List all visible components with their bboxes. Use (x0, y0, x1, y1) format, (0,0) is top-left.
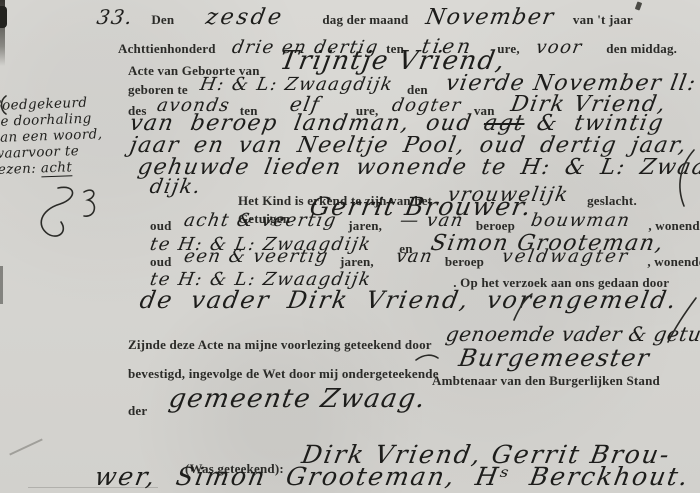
signature-names-2: wer, Simon Grooteman, Hˢ Berckhout. (93, 464, 692, 490)
printed-dag-der-maand: dag der maand (322, 13, 408, 27)
entry-municipality: gemeente Zwaag. (167, 386, 429, 413)
act-number: 33. (95, 7, 135, 28)
printed-oud: oud (150, 219, 172, 233)
entry-van-2: van (394, 248, 434, 267)
printed-jaren-2: jaren, (340, 255, 374, 269)
margin-lezen: lezen: (0, 161, 36, 178)
entry-witness2-occupation: veldwagter (500, 248, 631, 267)
entry-voor: voor (534, 39, 584, 58)
flourish-tail-right (668, 148, 698, 208)
margin-approval-note: Goedgekeurd de doorhaling van een woord,… (0, 94, 111, 178)
printed-den: Den (151, 13, 174, 27)
margin-note-line: lezen: acht (0, 158, 111, 178)
entry-month: November (424, 6, 557, 29)
header-line-1: 33. Den zesde dag der maand November van… (97, 6, 633, 29)
printed-zijnde-acte: Zijnde deze Acte na mijne voorlezing get… (128, 338, 432, 352)
residence-line-2: dijk. (150, 176, 201, 198)
entry-witness2-age: een & veertig (182, 248, 330, 267)
printed-der: der (128, 404, 147, 418)
pencil-mark (9, 438, 42, 455)
entry-father-occupation: van beroep landman, oud (128, 112, 474, 135)
mother-line: jaar en van Neeltje Pool, oud dertig jaa… (130, 134, 687, 157)
entry-struck-word: agt (482, 112, 527, 135)
entry-residence-cont: dijk. (148, 176, 203, 197)
entry-van-1: — van (398, 212, 465, 231)
municipality-line: der gemeente Zwaag. (128, 386, 426, 413)
registrar-line: Ambtenaar van den Burgerlijken Stand (432, 373, 660, 390)
birth-certificate-page: 33. Den zesde dag der maand November van… (0, 0, 700, 493)
printed-bevestigd: bevestigd, ingevolge de Wet door mij ond… (128, 367, 439, 381)
declarant-line: de vader Dirk Vriend, vorengemeld. (140, 288, 677, 313)
entry-witness1-age: acht & veertig (182, 212, 338, 231)
entry-mother-details: jaar en van Neeltje Pool, oud dertig jaa… (128, 134, 689, 157)
residence-line: gehuwde lieden wonende te H: & L: Zwaag. (138, 156, 700, 179)
entry-declarant: de vader Dirk Vriend, vorengemeld. (138, 288, 680, 313)
printed-jaren: jaren, (348, 219, 382, 233)
entry-day: zesde (204, 6, 286, 29)
printed-beroep-2: beroep (445, 255, 484, 269)
entry-official-title: Burgemeester (456, 346, 651, 371)
margin-bracket-stroke (0, 94, 8, 116)
scan-edge-left-mid (0, 266, 3, 304)
margin-corrected-word: acht (41, 159, 73, 177)
printed-den-middag: den middag. (606, 42, 677, 56)
flourish-right-reading (664, 296, 698, 344)
pen-tail (512, 292, 534, 322)
printed-van-t-jaar: van 't jaar (573, 13, 633, 27)
dash-stroke (414, 352, 440, 362)
entry-father-age: & twintig (535, 112, 666, 135)
printed-ambtenaar: Ambtenaar van den Burgerlijken Stand (432, 374, 660, 388)
father-details-line: van beroep landman, oud agt & twintig (130, 112, 664, 135)
scan-corner-mark (0, 6, 7, 28)
entry-signed-by: genoemde vader & getuige (444, 324, 700, 345)
scan-speck-top-right (635, 1, 642, 10)
printed-wonende-2: , wonende (647, 255, 700, 269)
paraaf-flourish (28, 182, 112, 244)
entry-residence: gehuwde lieden wonende te H: & L: Zwaag. (136, 156, 700, 179)
printed-oud-2: oud (150, 255, 172, 269)
signatures-line-2: wer, Simon Grooteman, Hˢ Berckhout. (95, 464, 689, 490)
printed-geslacht: geslacht. (587, 194, 637, 208)
entry-witness1-occupation: bouwman (529, 212, 632, 231)
